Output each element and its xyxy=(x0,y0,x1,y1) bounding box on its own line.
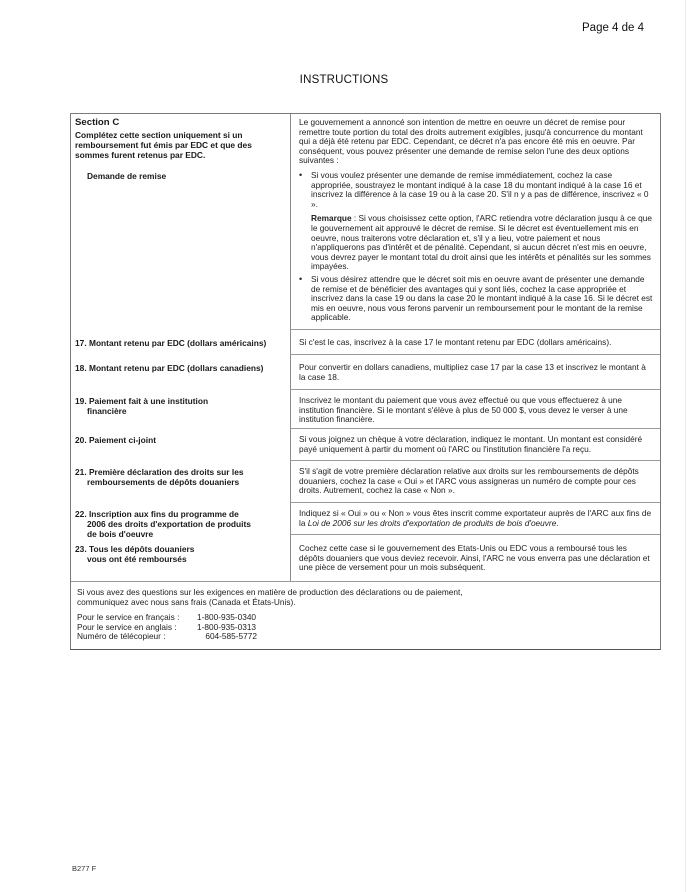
row-21-text: S'il s'agit de votre première déclaratio… xyxy=(299,467,653,496)
page-title: INSTRUCTIONS xyxy=(0,74,688,86)
section-intro: Le gouvernement a annoncé son intention … xyxy=(299,118,653,166)
row-22-text-end: . xyxy=(556,518,558,528)
column-divider xyxy=(290,114,291,581)
row-18-label: 18. Montant retenu par EDC (dollars cana… xyxy=(75,363,285,373)
row-23-label: 23. Tous les dépôts douaniers vous ont é… xyxy=(75,544,285,564)
scan-edge xyxy=(685,0,686,892)
row-22-law-title: Loi de 2006 sur les droits d'exportation… xyxy=(308,518,557,528)
fax-value: 604-585-5772 xyxy=(197,632,257,642)
remarque-text: : Si vous choisissez cette option, l'ARC… xyxy=(311,213,652,271)
page-number: Page 4 de 4 xyxy=(582,22,644,34)
row-separator xyxy=(290,428,660,429)
row-23-label-line2: vous ont été remboursés xyxy=(75,554,285,564)
row-23-text: Cochez cette case si le gouvernement des… xyxy=(299,544,653,573)
option-1-text: Si vous voulez présenter une demande de … xyxy=(299,171,653,209)
row-separator xyxy=(290,502,660,503)
row-21-label: 21. Première déclaration des droits sur … xyxy=(75,467,285,487)
row-separator xyxy=(290,354,660,355)
row-17-label: 17. Montant retenu par EDC (dollars amér… xyxy=(75,338,285,348)
fax-number: Numéro de télécopieur : 604-585-5772 xyxy=(77,632,647,642)
footer-separator xyxy=(71,581,660,582)
row-19-label-line1: 19. Paiement fait à une institution xyxy=(75,396,208,406)
demande-label: Demande de remise xyxy=(87,171,297,181)
row-20-label: 20. Paiement ci-joint xyxy=(75,435,285,445)
option-2-text: Si vous désirez attendre que le décret s… xyxy=(299,275,653,323)
row-19-label: 19. Paiement fait à une institution fina… xyxy=(75,396,285,416)
row-22-label-line1: 22. Inscription aux fins du programme de xyxy=(75,509,239,519)
row-21-label-line2: remboursements de dépôts douaniers xyxy=(75,477,285,487)
remarque-label: Remarque xyxy=(311,213,352,223)
option-2: Si vous désirez attendre que le décret s… xyxy=(299,275,653,323)
contact-text: communiquez avec nous sans frais (Canada… xyxy=(77,598,647,608)
row-separator xyxy=(290,329,660,330)
fax-label: Numéro de télécopieur : xyxy=(77,632,197,642)
row-22-label-line2: 2006 des droits d'exportation de produit… xyxy=(75,519,285,529)
option-1: Si vous voulez présenter une demande de … xyxy=(299,171,653,272)
row-22-label: 22. Inscription aux fins du programme de… xyxy=(75,509,285,539)
form-code: B277 F xyxy=(72,864,96,873)
row-21-label-line1: 21. Première déclaration des droits sur … xyxy=(75,467,244,477)
row-separator xyxy=(290,534,660,535)
section-subheading: Complétez cette section uniquement si un… xyxy=(75,130,275,160)
row-separator xyxy=(290,460,660,461)
row-20-text: Si vous joignez un chèque à votre déclar… xyxy=(299,435,653,454)
instructions-box: Section C Complétez cette section unique… xyxy=(70,113,661,650)
remarque: Remarque : Si vous choisissez cette opti… xyxy=(299,214,653,272)
row-17-text: Si c'est le cas, inscrivez à la case 17 … xyxy=(299,338,653,348)
row-23-label-line1: 23. Tous les dépôts douaniers xyxy=(75,544,194,554)
section-heading: Section C xyxy=(75,118,285,128)
row-19-text: Inscrivez le montant du paiement que vou… xyxy=(299,396,653,425)
row-22-label-line3: de bois d'oeuvre xyxy=(75,529,285,539)
row-separator xyxy=(290,389,660,390)
row-18-text: Pour convertir en dollars canadiens, mul… xyxy=(299,363,653,382)
contact-info: Si vous avez des questions sur les exige… xyxy=(77,588,647,642)
row-19-label-line2: financière xyxy=(75,406,285,416)
row-22-text: Indiquez si « Oui » ou « Non » vous êtes… xyxy=(299,509,653,528)
